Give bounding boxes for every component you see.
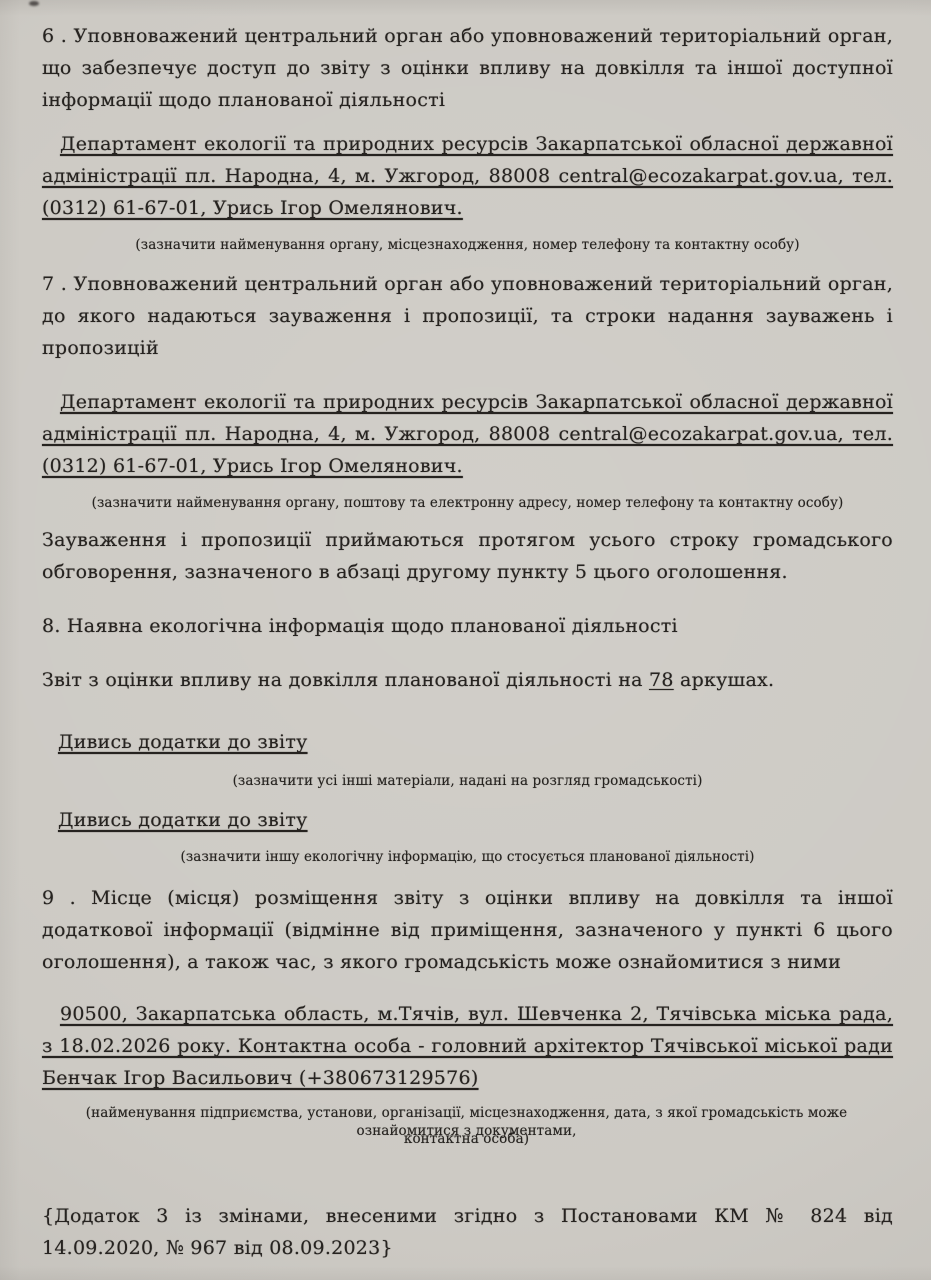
document-body: 6 . Уповноважений центральний орган або … <box>0 0 931 1264</box>
section-9: 9 . Місце (місця) розміщення звіту з оці… <box>42 882 893 1148</box>
attachments-caption-2: (зазначити іншу екологічну інформацію, щ… <box>42 848 893 866</box>
attachments-caption-1: (зазначити усі інші матеріали, надані на… <box>42 772 893 790</box>
see-report-attachments-link-1: Дивись додатки до звіту <box>42 726 893 758</box>
section-6-authority-value: Департамент екології та природних ресурс… <box>42 128 893 224</box>
scanned-document-page: 6 . Уповноважений центральний орган або … <box>0 0 931 1280</box>
report-sheets-line: Звіт з оцінки впливу на довкілля планова… <box>42 664 893 696</box>
section-8-heading: 8. Наявна екологічна інформація щодо пла… <box>42 610 893 642</box>
section-9-location-value: 90500, Закарпатська область, м.Тячів, ву… <box>42 998 893 1094</box>
report-sheets-prefix: Звіт з оцінки впливу на довкілля планова… <box>42 669 649 691</box>
section-6-heading: 6 . Уповноважений центральний орган або … <box>42 20 893 116</box>
attachments-block-2: Дивись додатки до звіту (зазначити іншу … <box>42 804 893 866</box>
section-6-caption: (зазначити найменування органу, місцезна… <box>42 236 893 254</box>
section-9-heading: 9 . Місце (місця) розміщення звіту з оці… <box>42 882 893 978</box>
report-sheets-suffix: аркушах. <box>674 669 775 691</box>
attachments-block-1: Дивись додатки до звіту (зазначити усі і… <box>42 726 893 790</box>
section-7-caption: (зазначити найменування органу, поштову … <box>42 494 893 512</box>
section-8: 8. Наявна екологічна інформація щодо пла… <box>42 610 893 696</box>
amendment-footnote: {Додаток 3 із змінами, внесеними згідно … <box>42 1200 893 1264</box>
see-report-attachments-link-2: Дивись додатки до звіту <box>42 804 893 836</box>
report-sheets-count: 78 <box>649 669 674 691</box>
section-9-caption: (найменування підприємства, установи, ор… <box>34 1104 899 1148</box>
paper-speck <box>29 1 39 6</box>
section-7: 7 . Уповноважений центральний орган або … <box>42 268 893 512</box>
section-6: 6 . Уповноважений центральний орган або … <box>42 20 893 254</box>
remarks-paragraph: Зауваження і пропозиції приймаються прот… <box>42 524 893 588</box>
section-9-caption-line-2: контактна особа) <box>34 1130 899 1148</box>
section-7-authority-value: Департамент екології та природних ресурс… <box>42 386 893 482</box>
section-7-heading: 7 . Уповноважений центральний орган або … <box>42 268 893 364</box>
